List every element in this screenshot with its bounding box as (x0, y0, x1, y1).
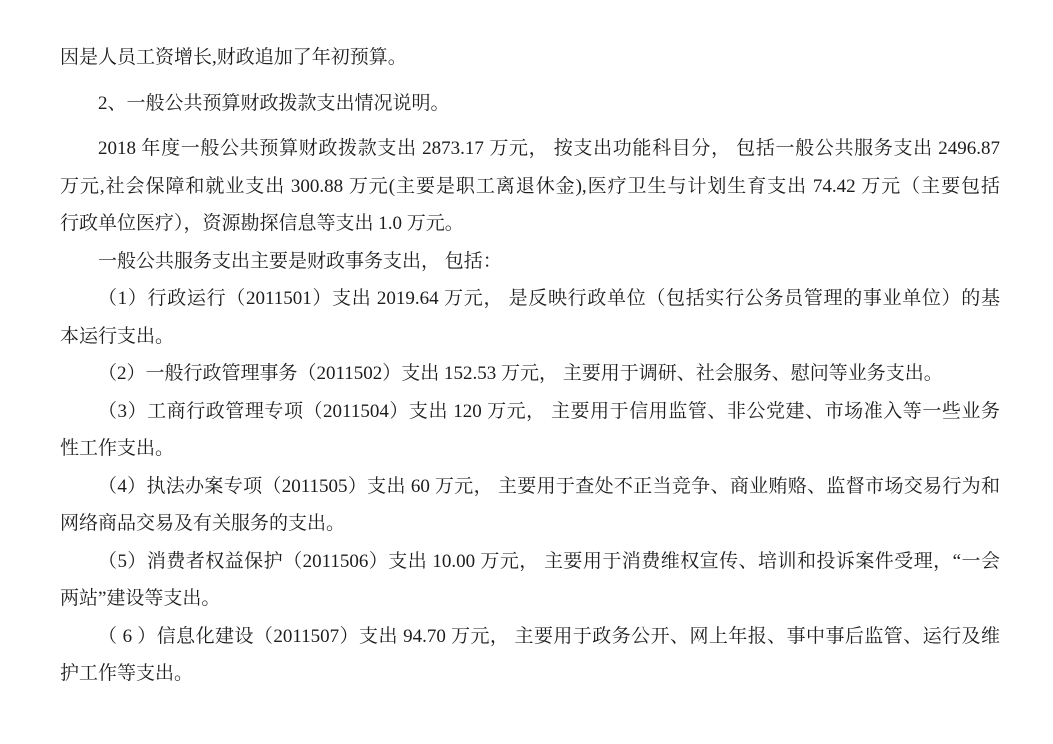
paragraph: （1）行政运行（2011501）支出 2019.64 万元， 是反映行政单位（包… (60, 280, 1000, 355)
paragraph: 2、一般公共预算财政拨款支出情况说明。 (60, 85, 1000, 123)
text-line: 护工作等支出。 (60, 655, 1000, 693)
paragraph: 因是人员工资增长,财政追加了年初预算。 (60, 39, 1000, 77)
text-line: 2018 年度一般公共预算财政拨款支出 2873.17 万元， 按支出功能科目分… (60, 130, 1000, 168)
text-line: 万元,社会保障和就业支出 300.88 万元(主要是职工离退休金),医疗卫生与计… (60, 168, 1000, 206)
paragraph: （5）消费者权益保护（2011506）支出 10.00 万元， 主要用于消费维权… (60, 543, 1000, 618)
text-line: 一般公共服务支出主要是财政事务支出， 包括： (60, 243, 1000, 281)
text-line: 本运行支出。 (60, 318, 1000, 356)
text-line: （5）消费者权益保护（2011506）支出 10.00 万元， 主要用于消费维权… (60, 543, 1000, 581)
paragraph: （3）工商行政管理专项（2011504）支出 120 万元， 主要用于信用监管、… (60, 393, 1000, 468)
text-line: 因是人员工资增长,财政追加了年初预算。 (60, 39, 1000, 77)
text-line: （1）行政运行（2011501）支出 2019.64 万元， 是反映行政单位（包… (60, 280, 1000, 318)
text-line: 行政单位医疗），资源勘探信息等支出 1.0 万元。 (60, 205, 1000, 243)
document-page: 因是人员工资增长,财政追加了年初预算。2、一般公共预算财政拨款支出情况说明。20… (0, 0, 1053, 744)
text-line: （2）一般行政管理事务（2011502）支出 152.53 万元， 主要用于调研… (60, 355, 1000, 393)
text-line: （4）执法办案专项（2011505）支出 60 万元， 主要用于查处不正当竞争、… (60, 468, 1000, 506)
text-line: 网络商品交易及有关服务的支出。 (60, 505, 1000, 543)
text-line: 两站”建设等支出。 (60, 580, 1000, 618)
text-line: （ 6 ）信息化建设（2011507）支出 94.70 万元， 主要用于政务公开… (60, 618, 1000, 656)
paragraph: （ 6 ）信息化建设（2011507）支出 94.70 万元， 主要用于政务公开… (60, 618, 1000, 693)
paragraph: （2）一般行政管理事务（2011502）支出 152.53 万元， 主要用于调研… (60, 355, 1000, 393)
paragraph: （4）执法办案专项（2011505）支出 60 万元， 主要用于查处不正当竞争、… (60, 468, 1000, 543)
paragraph: 一般公共服务支出主要是财政事务支出， 包括： (60, 243, 1000, 281)
paragraph: 2018 年度一般公共预算财政拨款支出 2873.17 万元， 按支出功能科目分… (60, 130, 1000, 243)
text-line: 2、一般公共预算财政拨款支出情况说明。 (60, 85, 1000, 123)
text-line: （3）工商行政管理专项（2011504）支出 120 万元， 主要用于信用监管、… (60, 393, 1000, 431)
text-line: 性工作支出。 (60, 430, 1000, 468)
document-text-body: 因是人员工资增长,财政追加了年初预算。2、一般公共预算财政拨款支出情况说明。20… (60, 39, 1000, 693)
